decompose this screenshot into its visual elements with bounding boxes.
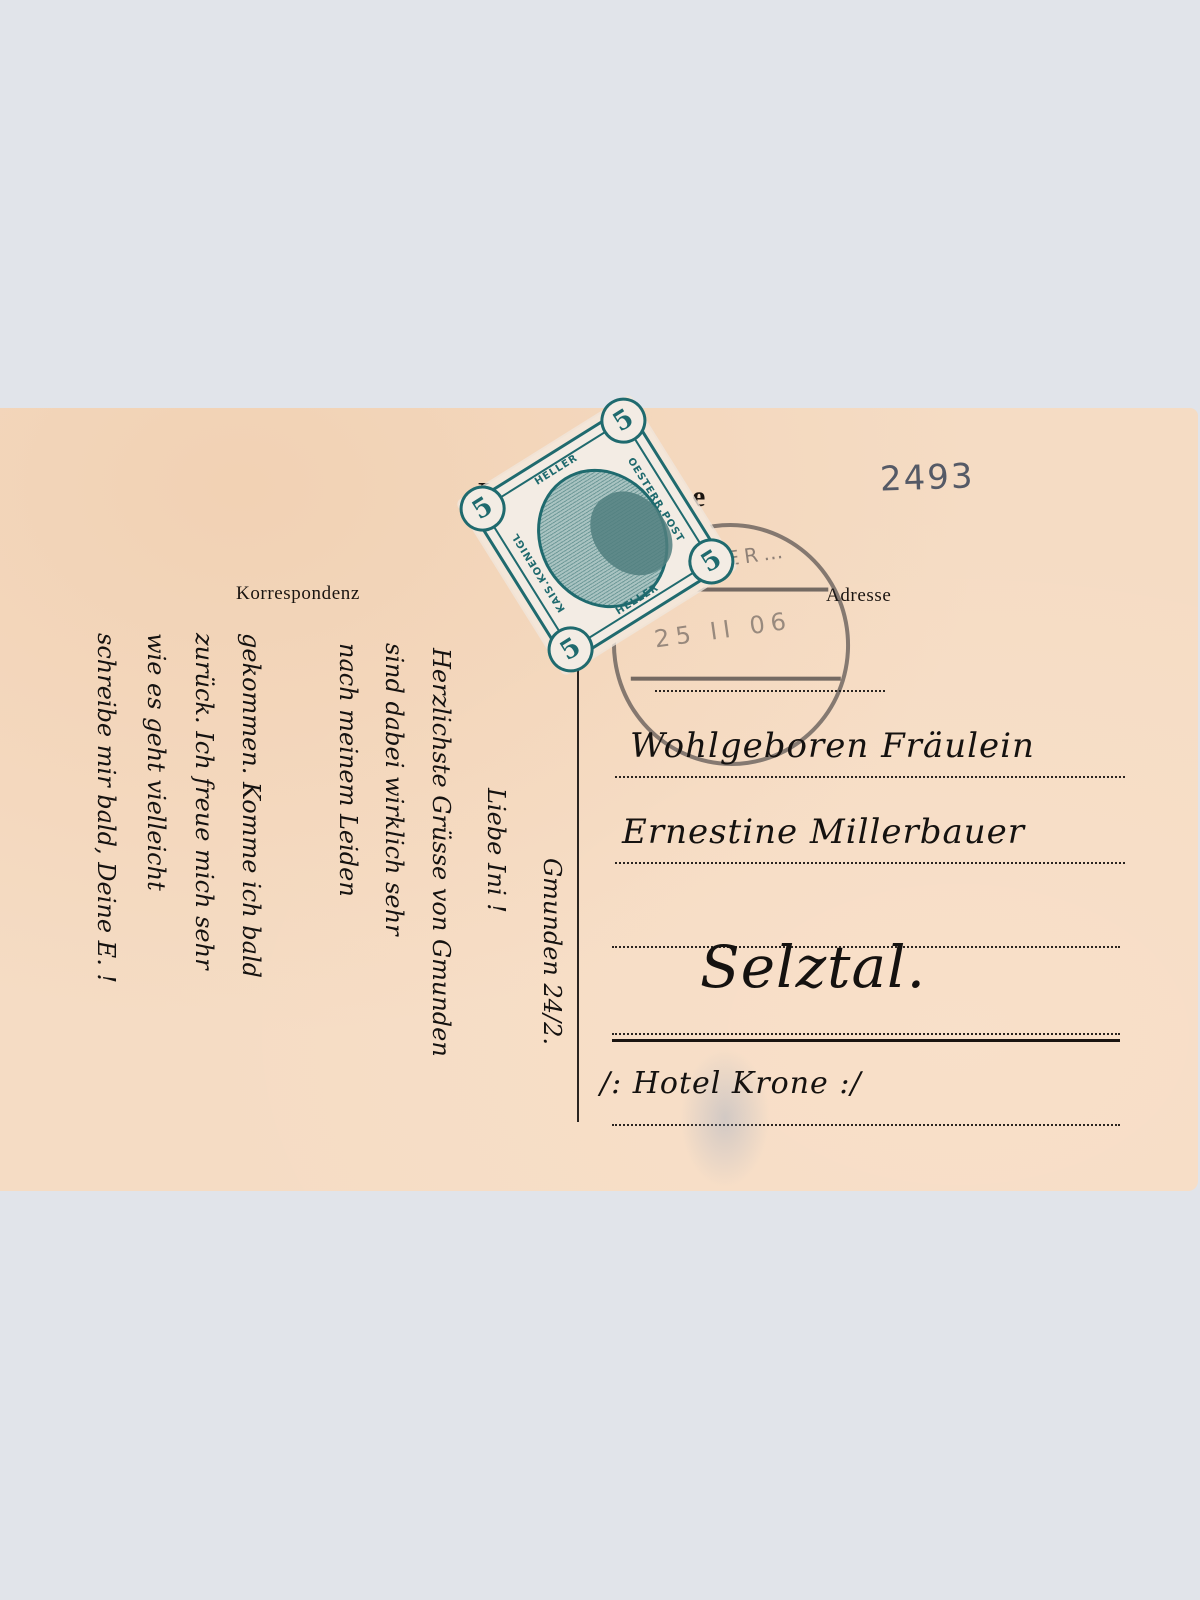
address-dotted-line [615, 776, 1125, 778]
address-solid-line [612, 1039, 1120, 1042]
message-line: zurück. Ich freue mich sehr [190, 633, 218, 970]
vertical-divider [577, 665, 579, 1122]
message-line: nach meinem Leiden [334, 643, 362, 897]
address-line-4: /: Hotel Krone :/ [600, 1066, 862, 1101]
postmark-bar [631, 677, 841, 681]
message-line: Herzlichste Grüsse von Gmunden [427, 648, 455, 1057]
message-line: sind dabei wirklich sehr [380, 643, 408, 936]
message-line: schreibe mir bald, Deine E. ! [92, 633, 120, 983]
address-dotted-line [612, 1033, 1120, 1035]
postmark-date: 25 II 06 [653, 606, 794, 653]
reference-number: 2493 [879, 456, 975, 499]
address-line-2: Ernestine Millerbauer [622, 812, 1025, 852]
message-line: gekommen. Komme ich bald [237, 633, 265, 978]
address-dotted-line [615, 862, 1125, 864]
address-line-3: Selztal. [700, 933, 926, 1001]
message-line: wie es geht vielleicht [142, 633, 170, 891]
correspondence-label: Korrespondenz [236, 583, 360, 605]
message-place-date: Gmunden 24/2. [538, 858, 566, 1045]
address-line-1: Wohlgeboren Fräulein [630, 726, 1035, 766]
message-line: Liebe Ini ! [482, 788, 510, 913]
